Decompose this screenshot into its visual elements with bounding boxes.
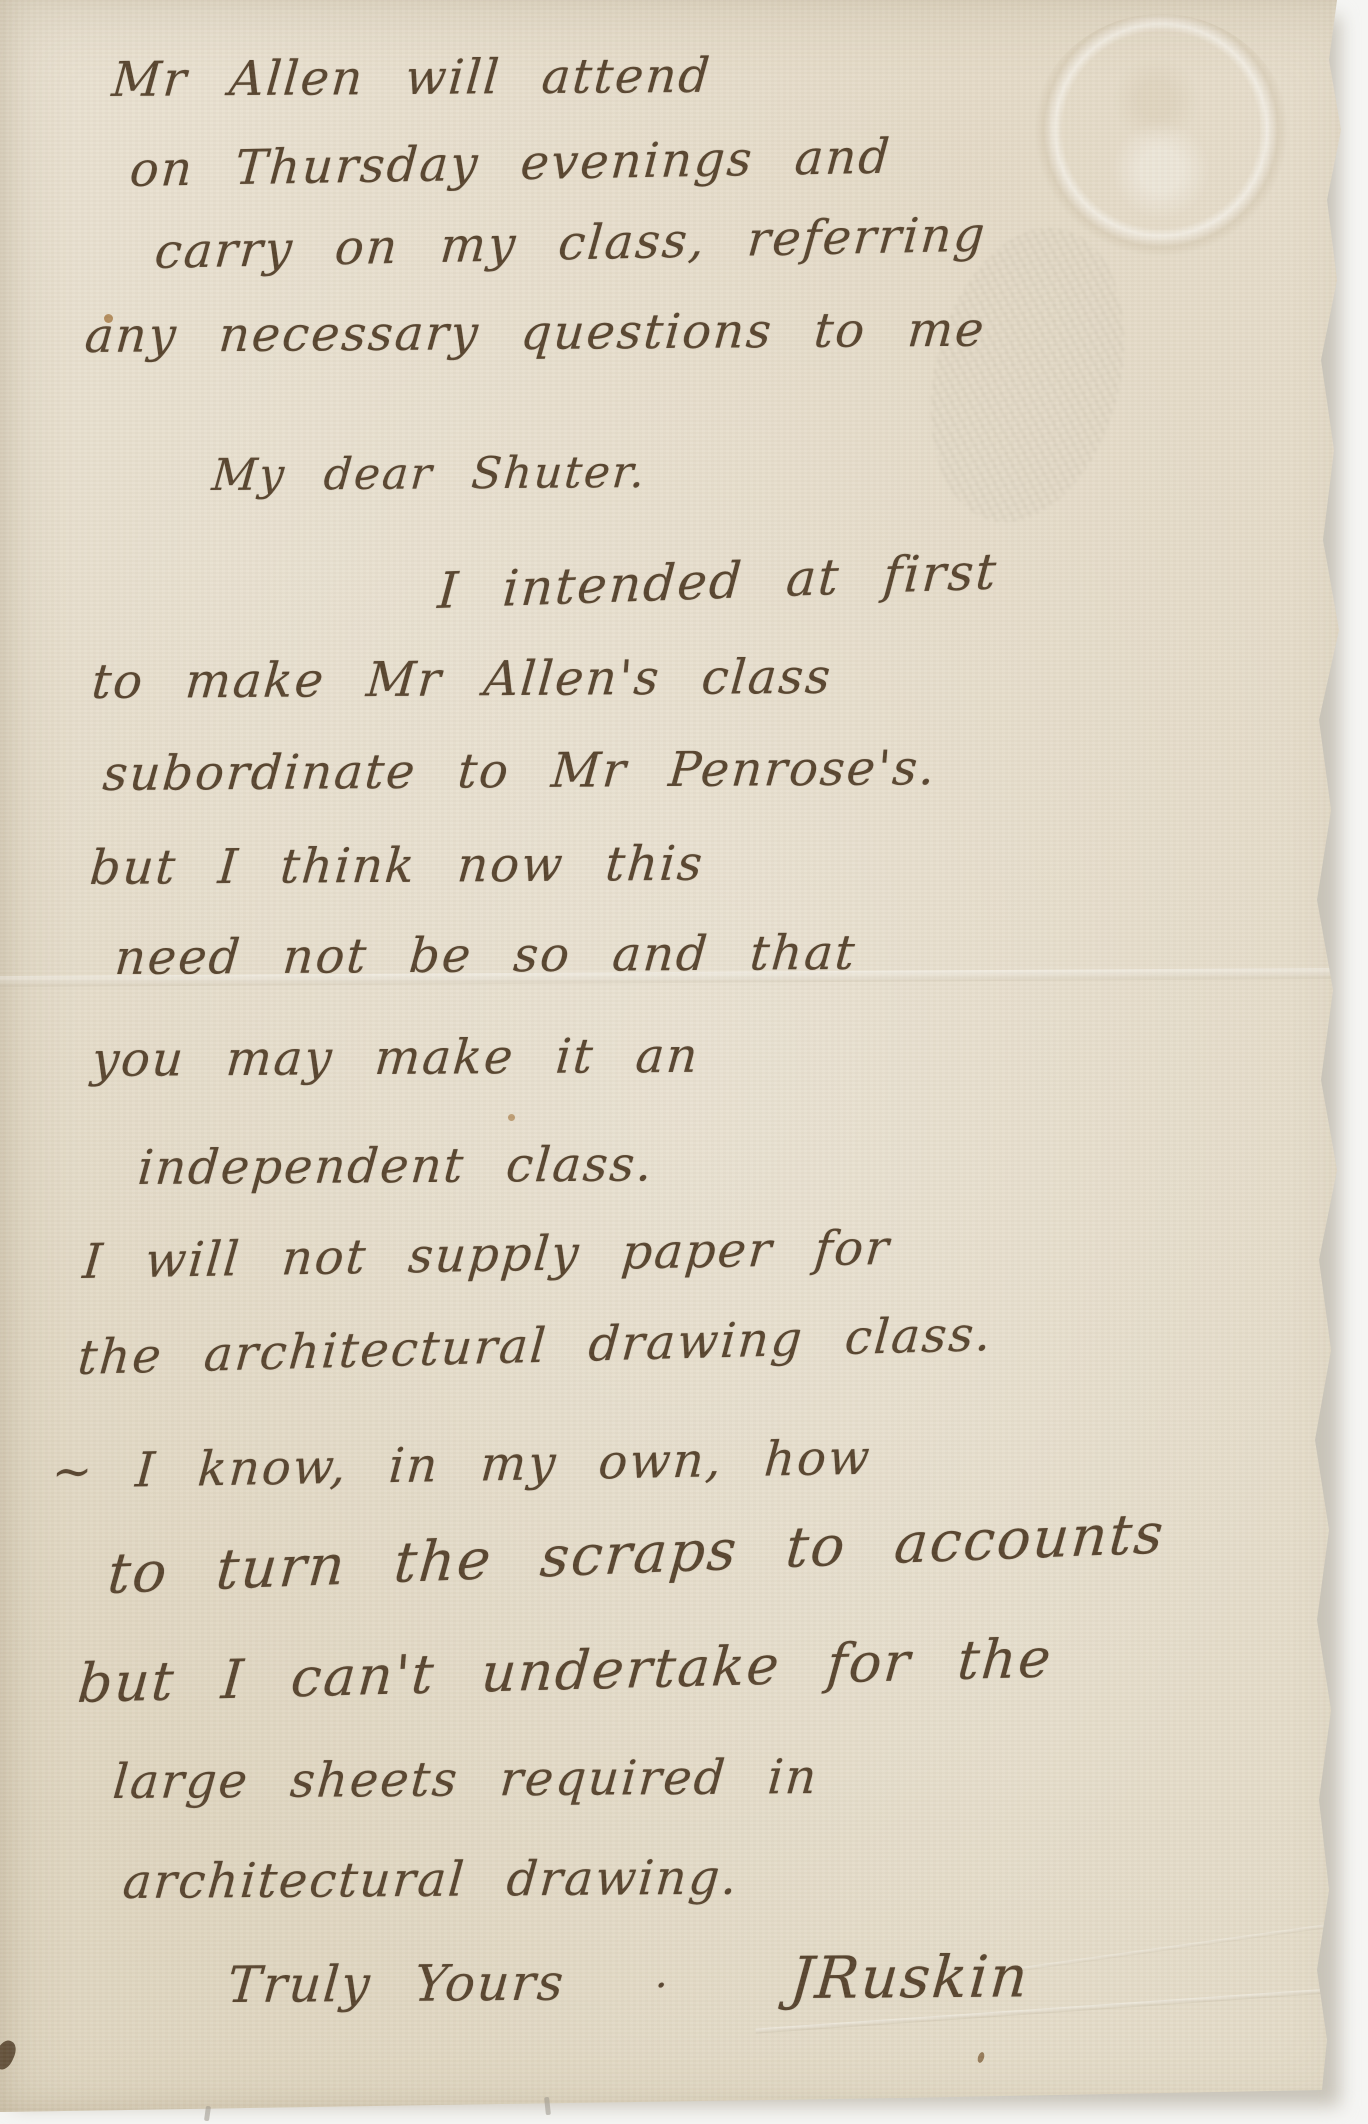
letter-line: carry on my class, referring xyxy=(153,207,989,280)
underlying-page-mark xyxy=(204,2106,211,2122)
letter-line: need not be so and that xyxy=(113,925,859,986)
letter-line: on Thursday evenings and xyxy=(128,129,893,198)
letter-line: architectural drawing. xyxy=(121,1850,741,1910)
ink-dot: · xyxy=(653,1963,671,2009)
letter-line: Mr Allen will attend xyxy=(110,48,714,108)
foxing-spot xyxy=(508,1114,515,1121)
scan-background: Mr Allen will attend on Thursday evening… xyxy=(0,0,1368,2124)
letter-line: the architectural drawing class. xyxy=(76,1306,995,1386)
letter-line: you may make it an xyxy=(90,1028,702,1088)
letter-page: Mr Allen will attend on Thursday evening… xyxy=(0,0,1368,2124)
embossed-stamp xyxy=(1030,14,1292,266)
corner-crease xyxy=(1021,1921,1348,1971)
edge-ink-mark xyxy=(0,2038,19,2073)
letter-line: independent class. xyxy=(136,1136,656,1196)
letter-line: but I can't undertake for the xyxy=(76,1627,1055,1715)
letter-line: I will not supply paper for xyxy=(81,1220,893,1290)
letter-line: large sheets required in xyxy=(111,1749,821,1810)
letter-line: ~ I know, in my own, how xyxy=(50,1430,873,1500)
letter-line: but I think now this xyxy=(88,836,706,896)
letter-line: subordinate to Mr Penrose's. xyxy=(101,740,939,802)
salutation: My dear Shuter. xyxy=(210,447,648,501)
closing-text: Truly Yours xyxy=(225,1954,567,2014)
signature: JRuskin xyxy=(787,1942,1032,2012)
ink-speck xyxy=(976,2051,985,2063)
closing-line: Truly Yours · JRuskin xyxy=(225,1942,1032,2016)
letter-line: I intended at first xyxy=(436,543,1000,620)
letter-line: any necessary questions to me xyxy=(83,302,988,364)
letter-line: to turn the scraps to accounts xyxy=(105,1502,1167,1607)
letter-line: to make Mr Allen's class xyxy=(90,649,835,710)
